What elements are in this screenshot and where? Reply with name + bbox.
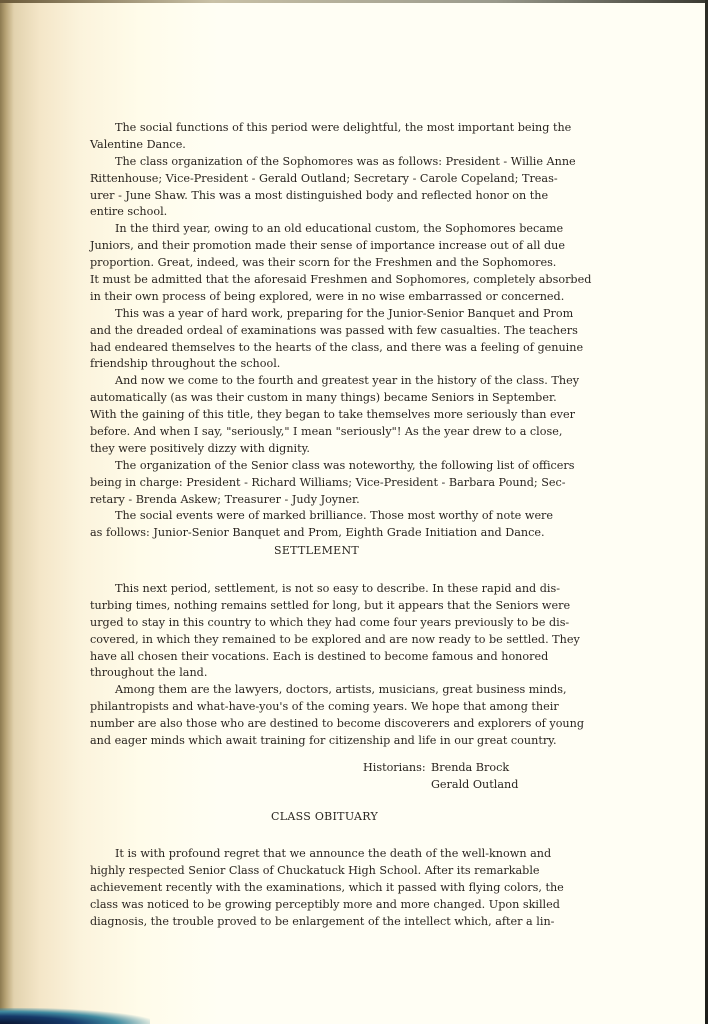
text-line: have all chosen their vocations. Each is… (90, 649, 590, 666)
historian-name-2: Gerald Outland (431, 778, 518, 791)
history-body-text: The social functions of this period were… (90, 120, 590, 542)
text-line: achievement recently with the examinatio… (90, 880, 590, 897)
text-line: turbing times, nothing remains settled f… (90, 598, 590, 615)
text-line: proportion. Great, indeed, was their sco… (90, 255, 590, 272)
text-line: Rittenhouse; Vice-President - Gerald Out… (90, 171, 590, 188)
text-line: Valentine Dance. (90, 137, 590, 154)
text-line: diagnosis, the trouble proved to be enla… (90, 914, 590, 931)
obituary-body-text: It is with profound regret that we annou… (90, 846, 590, 930)
text-line: philantropists and what-have-you's of th… (90, 699, 590, 716)
class-obituary-heading: CLASS OBITUARY (271, 810, 378, 823)
text-line: entire school. (90, 204, 590, 221)
text-line: It must be admitted that the aforesaid F… (90, 272, 590, 289)
text-line: highly respected Senior Class of Chuckat… (90, 863, 590, 880)
text-line: as follows: Junior-Senior Banquet and Pr… (90, 525, 590, 542)
text-line: urer - June Shaw. This was a most distin… (90, 188, 590, 205)
text-line: It is with profound regret that we annou… (90, 846, 590, 863)
text-line: and eager minds which await training for… (90, 733, 590, 750)
text-line: The social events were of marked brillia… (90, 508, 590, 525)
settlement-body-text: This next period, settlement, is not so … (90, 581, 590, 750)
text-line: urged to stay in this country to which t… (90, 615, 590, 632)
text-line: This was a year of hard work, preparing … (90, 306, 590, 323)
historian-name-1: Brenda Brock (431, 761, 509, 774)
page-top-edge (0, 0, 708, 3)
historians-label: Historians: (363, 761, 426, 774)
text-line: Among them are the lawyers, doctors, art… (90, 682, 590, 699)
scanned-page: The social functions of this period were… (0, 0, 708, 1024)
text-line: The social functions of this period were… (90, 120, 590, 137)
text-line: before. And when I say, "seriously," I m… (90, 424, 590, 441)
text-line: being in charge: President - Richard Wil… (90, 475, 590, 492)
text-line: automatically (as was their custom in ma… (90, 390, 590, 407)
text-line: retary - Brenda Askew; Treasurer - Judy … (90, 492, 590, 509)
text-line: number are also those who are destined t… (90, 716, 590, 733)
text-line: class was noticed to be growing percepti… (90, 897, 590, 914)
text-line: covered, in which they remained to be ex… (90, 632, 590, 649)
text-line: they were positively dizzy with dignity. (90, 441, 590, 458)
text-line: The class organization of the Sophomores… (90, 154, 590, 171)
text-line: Juniors, and their promotion made their … (90, 238, 590, 255)
settlement-heading: SETTLEMENT (274, 544, 359, 557)
text-line: throughout the land. (90, 665, 590, 682)
text-line: and the dreaded ordeal of examinations w… (90, 323, 590, 340)
text-line: had endeared themselves to the hearts of… (90, 340, 590, 357)
page-corner-shadow (0, 1008, 150, 1024)
text-line: The organization of the Senior class was… (90, 458, 590, 475)
text-line: And now we come to the fourth and greate… (90, 373, 590, 390)
text-line: This next period, settlement, is not so … (90, 581, 590, 598)
text-line: In the third year, owing to an old educa… (90, 221, 590, 238)
text-line: With the gaining of this title, they beg… (90, 407, 590, 424)
text-line: in their own process of being explored, … (90, 289, 590, 306)
text-line: friendship throughout the school. (90, 356, 590, 373)
